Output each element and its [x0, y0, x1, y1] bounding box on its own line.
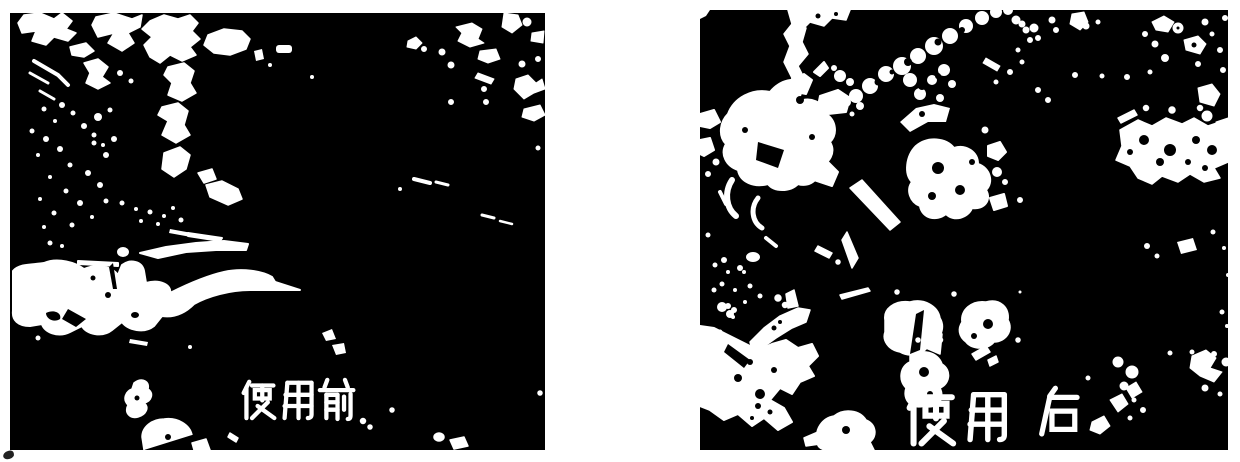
photo-before-use: 使用前: [10, 13, 545, 450]
band-below-mass-hole: [919, 111, 925, 117]
dots-mid-right: [398, 187, 402, 191]
binary-image-before: [10, 13, 545, 450]
scan-artifact-speck: [2, 450, 15, 461]
bottom-center-blob-hole: [842, 426, 850, 434]
binary-image-after: [700, 10, 1228, 450]
photo-after-use: 使用后: [700, 10, 1228, 450]
page: 使用前: [0, 0, 1240, 462]
